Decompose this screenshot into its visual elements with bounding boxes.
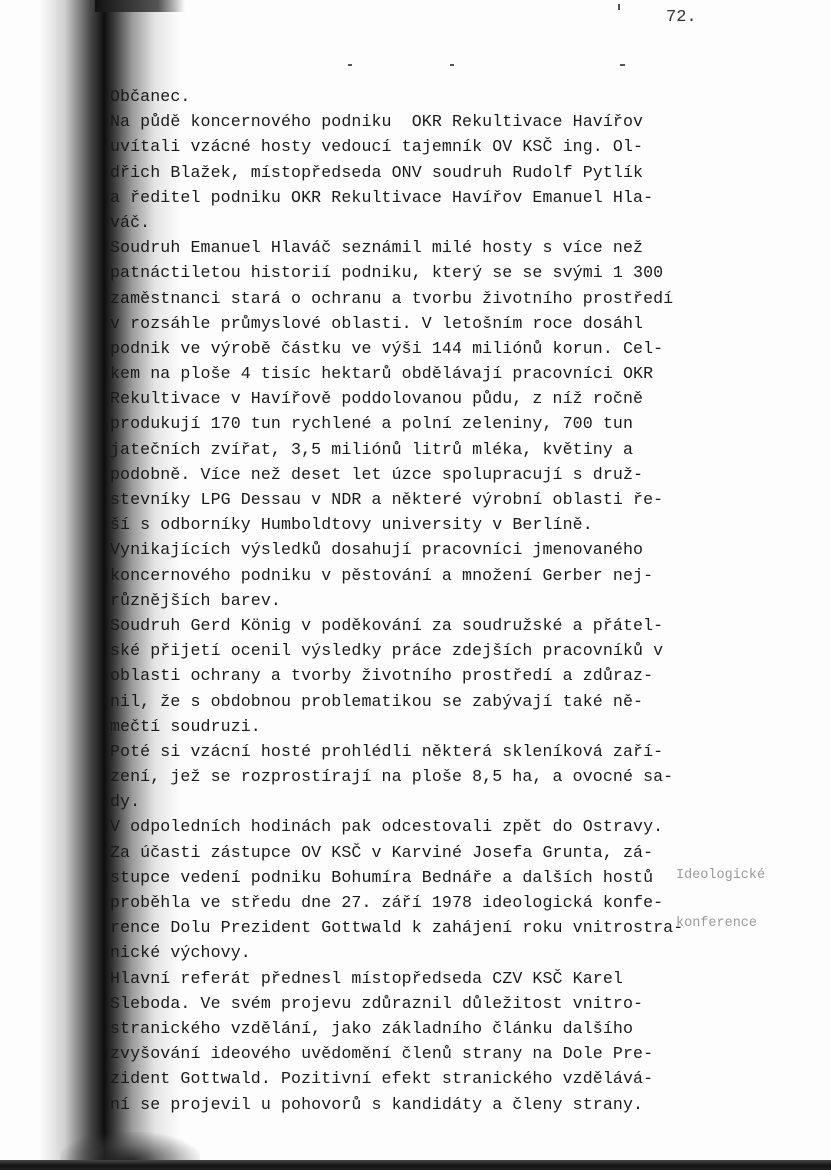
paragraph: Na půdě koncernového podniku OKR Rekulti…	[110, 109, 710, 235]
text-line: Soudruh Gerd König v poděkování za soudr…	[110, 613, 710, 638]
text-line: nil, že s obdobnou problematikou se zabý…	[110, 689, 710, 714]
text-line: stevníky LPG Dessau v NDR a některé výro…	[110, 487, 710, 512]
page-bottom-edge	[0, 1160, 831, 1170]
paragraph: Soudruh Gerd König v poděkování za soudr…	[110, 613, 710, 739]
text-line: Vynikajících výsledků dosahují pracovníc…	[110, 537, 710, 562]
text-line: stupce vedení podniku Bohumíra Bednáře a…	[110, 865, 710, 890]
text-line: zení, jež se rozprostírají na ploše 8,5 …	[110, 764, 710, 789]
paragraph: V odpoledních hodinách pak odcestovali z…	[110, 814, 710, 839]
text-line: rence Dolu Prezident Gottwald k zahájení…	[110, 915, 710, 940]
text-line: různějších barev.	[110, 588, 710, 613]
margin-note-line: Ideologické	[676, 868, 765, 884]
text-line: zaměstnanci stará o ochranu a tvorbu živ…	[110, 286, 710, 311]
typewritten-body: Občanec.Na půdě koncernového podniku OKR…	[110, 84, 710, 1117]
text-line: Hlavní referát přednesl místopředseda CZ…	[110, 966, 710, 991]
margin-note: Ideologické konference	[676, 836, 765, 964]
text-line: stranického vzdělání, jako základního čl…	[110, 1016, 710, 1041]
paragraph: Poté si vzácní hosté prohlédli některá s…	[110, 739, 710, 815]
scan-speck	[620, 64, 625, 66]
text-line: uvítali vzácné hosty vedoucí tajemník OV…	[110, 134, 710, 159]
scan-speck	[618, 4, 620, 10]
text-line: podnik ve výrobě částku ve výši 144 mili…	[110, 336, 710, 361]
scan-speck	[348, 64, 352, 66]
margin-note-line: konference	[676, 916, 765, 932]
text-line: v rozsáhle průmyslové oblasti. V letošní…	[110, 311, 710, 336]
text-line: jatečních zvířat, 3,5 miliónů litrů mlék…	[110, 437, 710, 462]
text-line: kem na ploše 4 tisíc hektarů obdělávají …	[110, 361, 710, 386]
binding-shadow-top	[95, 0, 185, 12]
text-line: dy.	[110, 789, 710, 814]
text-line: produkují 170 tun rychlené a polní zelen…	[110, 411, 710, 436]
text-line: Poté si vzácní hosté prohlédli některá s…	[110, 739, 710, 764]
paragraph: Soudruh Emanuel Hlaváč seznámil milé hos…	[110, 235, 710, 613]
text-line: dřich Blažek, místopředseda ONV soudruh …	[110, 160, 710, 185]
text-line: váč.	[110, 210, 710, 235]
page-number: 72.	[666, 8, 697, 27]
text-line: Rekultivace v Havířově poddolovanou půdu…	[110, 386, 710, 411]
text-line: zident Gottwald. Pozitivní efekt stranic…	[110, 1066, 710, 1091]
text-line: ní se projevil u pohovorů s kandidáty a …	[110, 1092, 710, 1117]
text-line: V odpoledních hodinách pak odcestovali z…	[110, 814, 710, 839]
paragraph: Za účasti zástupce OV KSČ v Karviné Jose…	[110, 840, 710, 966]
text-line: ší s odborníky Humboldtovy university v …	[110, 512, 710, 537]
binding-shadow-bottom	[60, 1132, 200, 1162]
scanned-page: 72. Občanec.Na půdě koncernového podniku…	[0, 0, 831, 1170]
paragraph: Občanec.	[110, 84, 710, 109]
text-line: mečtí soudruzi.	[110, 714, 710, 739]
text-line: Za účasti zástupce OV KSČ v Karviné Jose…	[110, 840, 710, 865]
text-line: oblasti ochrany a tvorby životního prost…	[110, 663, 710, 688]
text-line: patnáctiletou historií podniku, který se…	[110, 260, 710, 285]
text-line: Na půdě koncernového podniku OKR Rekulti…	[110, 109, 710, 134]
text-line: a ředitel podniku OKR Rekultivace Havířo…	[110, 185, 710, 210]
text-line: nické výchovy.	[110, 940, 710, 965]
scan-speck	[450, 64, 454, 66]
text-line: Sleboda. Ve svém projevu zdůraznil důlež…	[110, 991, 710, 1016]
paragraph: Hlavní referát přednesl místopředseda CZ…	[110, 966, 710, 1117]
text-line: zvyšování ideového uvědomění členů stran…	[110, 1041, 710, 1066]
text-line: Soudruh Emanuel Hlaváč seznámil milé hos…	[110, 235, 710, 260]
text-line: Občanec.	[110, 84, 710, 109]
text-line: podobně. Více než deset let úzce spolupr…	[110, 462, 710, 487]
text-line: ské přijetí ocenil výsledky práce zdejší…	[110, 638, 710, 663]
text-line: koncernového podniku v pěstování a množe…	[110, 563, 710, 588]
text-line: proběhla ve středu dne 27. září 1978 ide…	[110, 890, 710, 915]
